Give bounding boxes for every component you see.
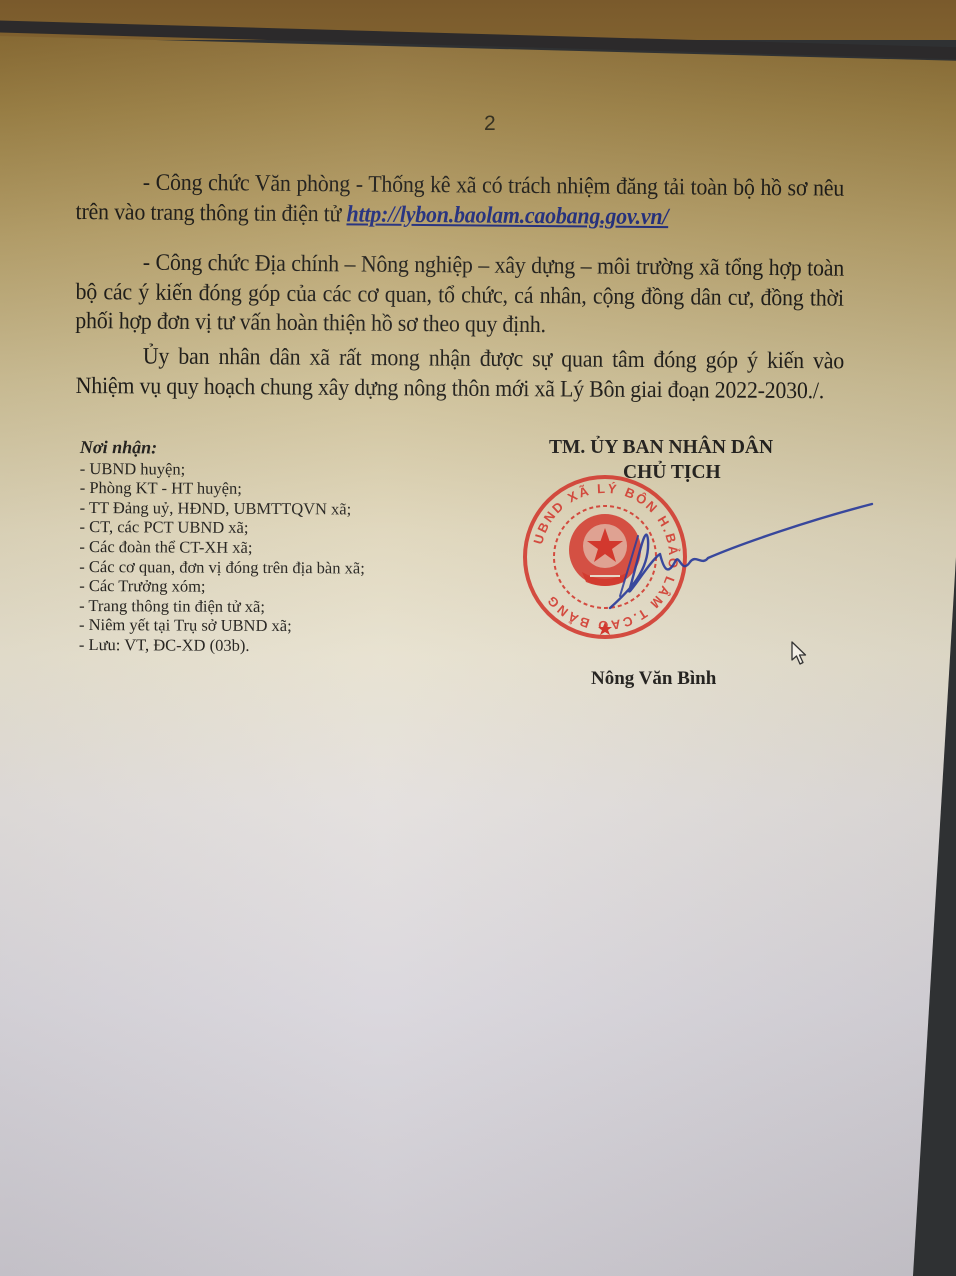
paragraph-office-duty: - Công chức Văn phòng - Thống kê xã có t… <box>75 168 844 234</box>
recipient-item: - Các cơ quan, đơn vị đóng trên địa bàn … <box>79 557 365 578</box>
recipient-item: - Phòng KT - HT huyện; <box>80 478 366 499</box>
recipient-item: - Lưu: VT, ĐC-XD (03b). <box>79 635 365 656</box>
document-page: 2 - Công chức Văn phòng - Thống kê xã có… <box>0 36 956 1276</box>
paragraph-text: Ủy ban nhân dân xã rất mong nhận được sự… <box>76 342 845 406</box>
signature-scrawl-icon <box>590 500 880 620</box>
recipient-item: - Các Trưởng xóm; <box>79 576 365 597</box>
signer-organization: TM. ỦY BAN NHÂN DÂN <box>549 436 773 460</box>
website-link[interactable]: http://lybon.baolam.caobang.gov.vn/ <box>346 201 668 230</box>
recipient-item: - UBND huyện; <box>80 459 366 480</box>
recipient-item: - Niêm yết tại Trụ sở UBND xã; <box>79 615 365 636</box>
page-number: 2 <box>484 112 496 136</box>
mouse-pointer-icon <box>790 640 810 668</box>
paragraph-land-duty: - Công chức Địa chính – Nông nghiệp – xâ… <box>75 248 844 343</box>
recipient-item: - CT, các PCT UBND xã; <box>79 517 365 538</box>
recipient-item: - Trang thông tin điện tử xã; <box>79 596 365 617</box>
recipient-item: - TT Đảng uỷ, HĐND, UBMTTQVN xã; <box>80 498 366 519</box>
signer-name: Nông Văn Bình <box>591 668 716 690</box>
recipients-list: Nơi nhận: - UBND huyện; - Phòng KT - HT … <box>79 438 366 656</box>
recipient-item: - Các đoàn thể CT-XH xã; <box>79 537 365 558</box>
paragraph-text: - Công chức Địa chính – Nông nghiệp – xâ… <box>75 248 844 343</box>
paragraph-closing: Ủy ban nhân dân xã rất mong nhận được sự… <box>76 342 845 406</box>
recipients-heading: Nơi nhận: <box>80 438 366 459</box>
